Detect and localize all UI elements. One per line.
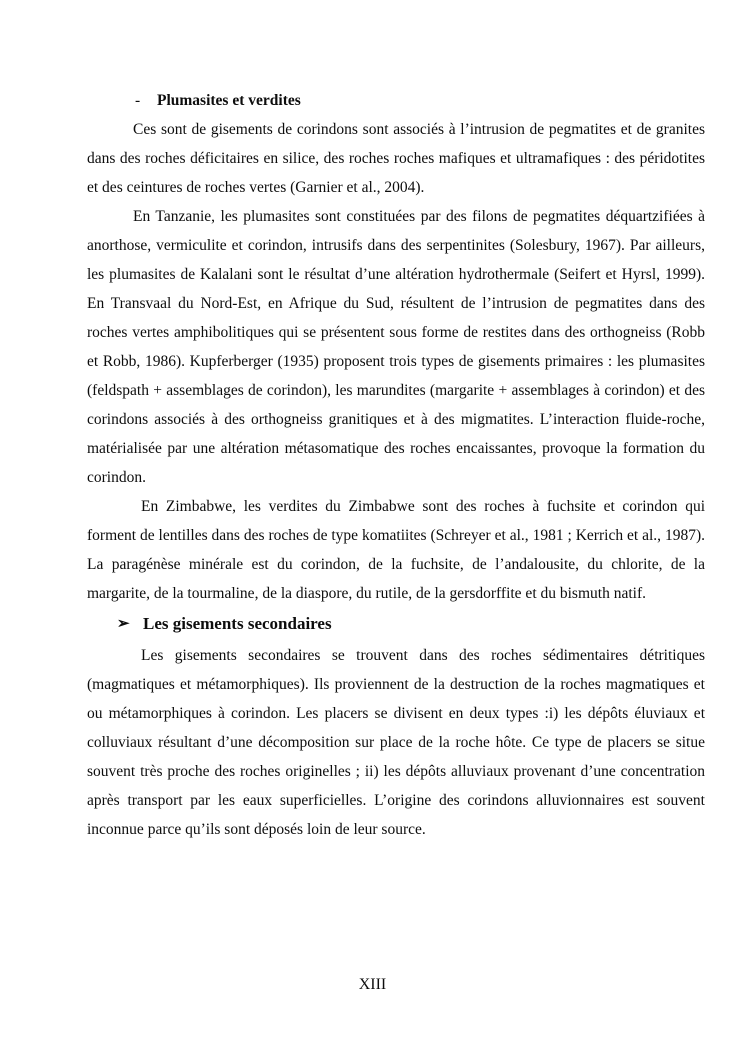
paragraph-gisements-corindons: Ces sont de gisements de corindons sont … (87, 115, 705, 202)
heading-plumasites-label: Plumasites et verdites (157, 92, 301, 109)
arrow-bullet-icon: ➢ (117, 610, 143, 639)
paragraph-gisements-secondaires: Les gisements secondaires se trouvent da… (87, 641, 705, 844)
dash-bullet-icon: - (135, 86, 157, 115)
heading-secondaires-label: Les gisements secondaires (143, 614, 332, 633)
page-number: XIII (0, 972, 745, 998)
heading-gisements-secondaires: ➢Les gisements secondaires (117, 609, 705, 640)
document-page: -Plumasites et verdites Ces sont de gise… (0, 0, 745, 1053)
heading-plumasites-et-verdites: -Plumasites et verdites (135, 86, 705, 115)
paragraph-zimbabwe-verdites: En Zimbabwe, les verdites du Zimbabwe so… (87, 492, 705, 608)
paragraph-tanzanie-plumasites: En Tanzanie, les plumasites sont constit… (87, 202, 705, 492)
page-content: -Plumasites et verdites Ces sont de gise… (87, 86, 705, 844)
